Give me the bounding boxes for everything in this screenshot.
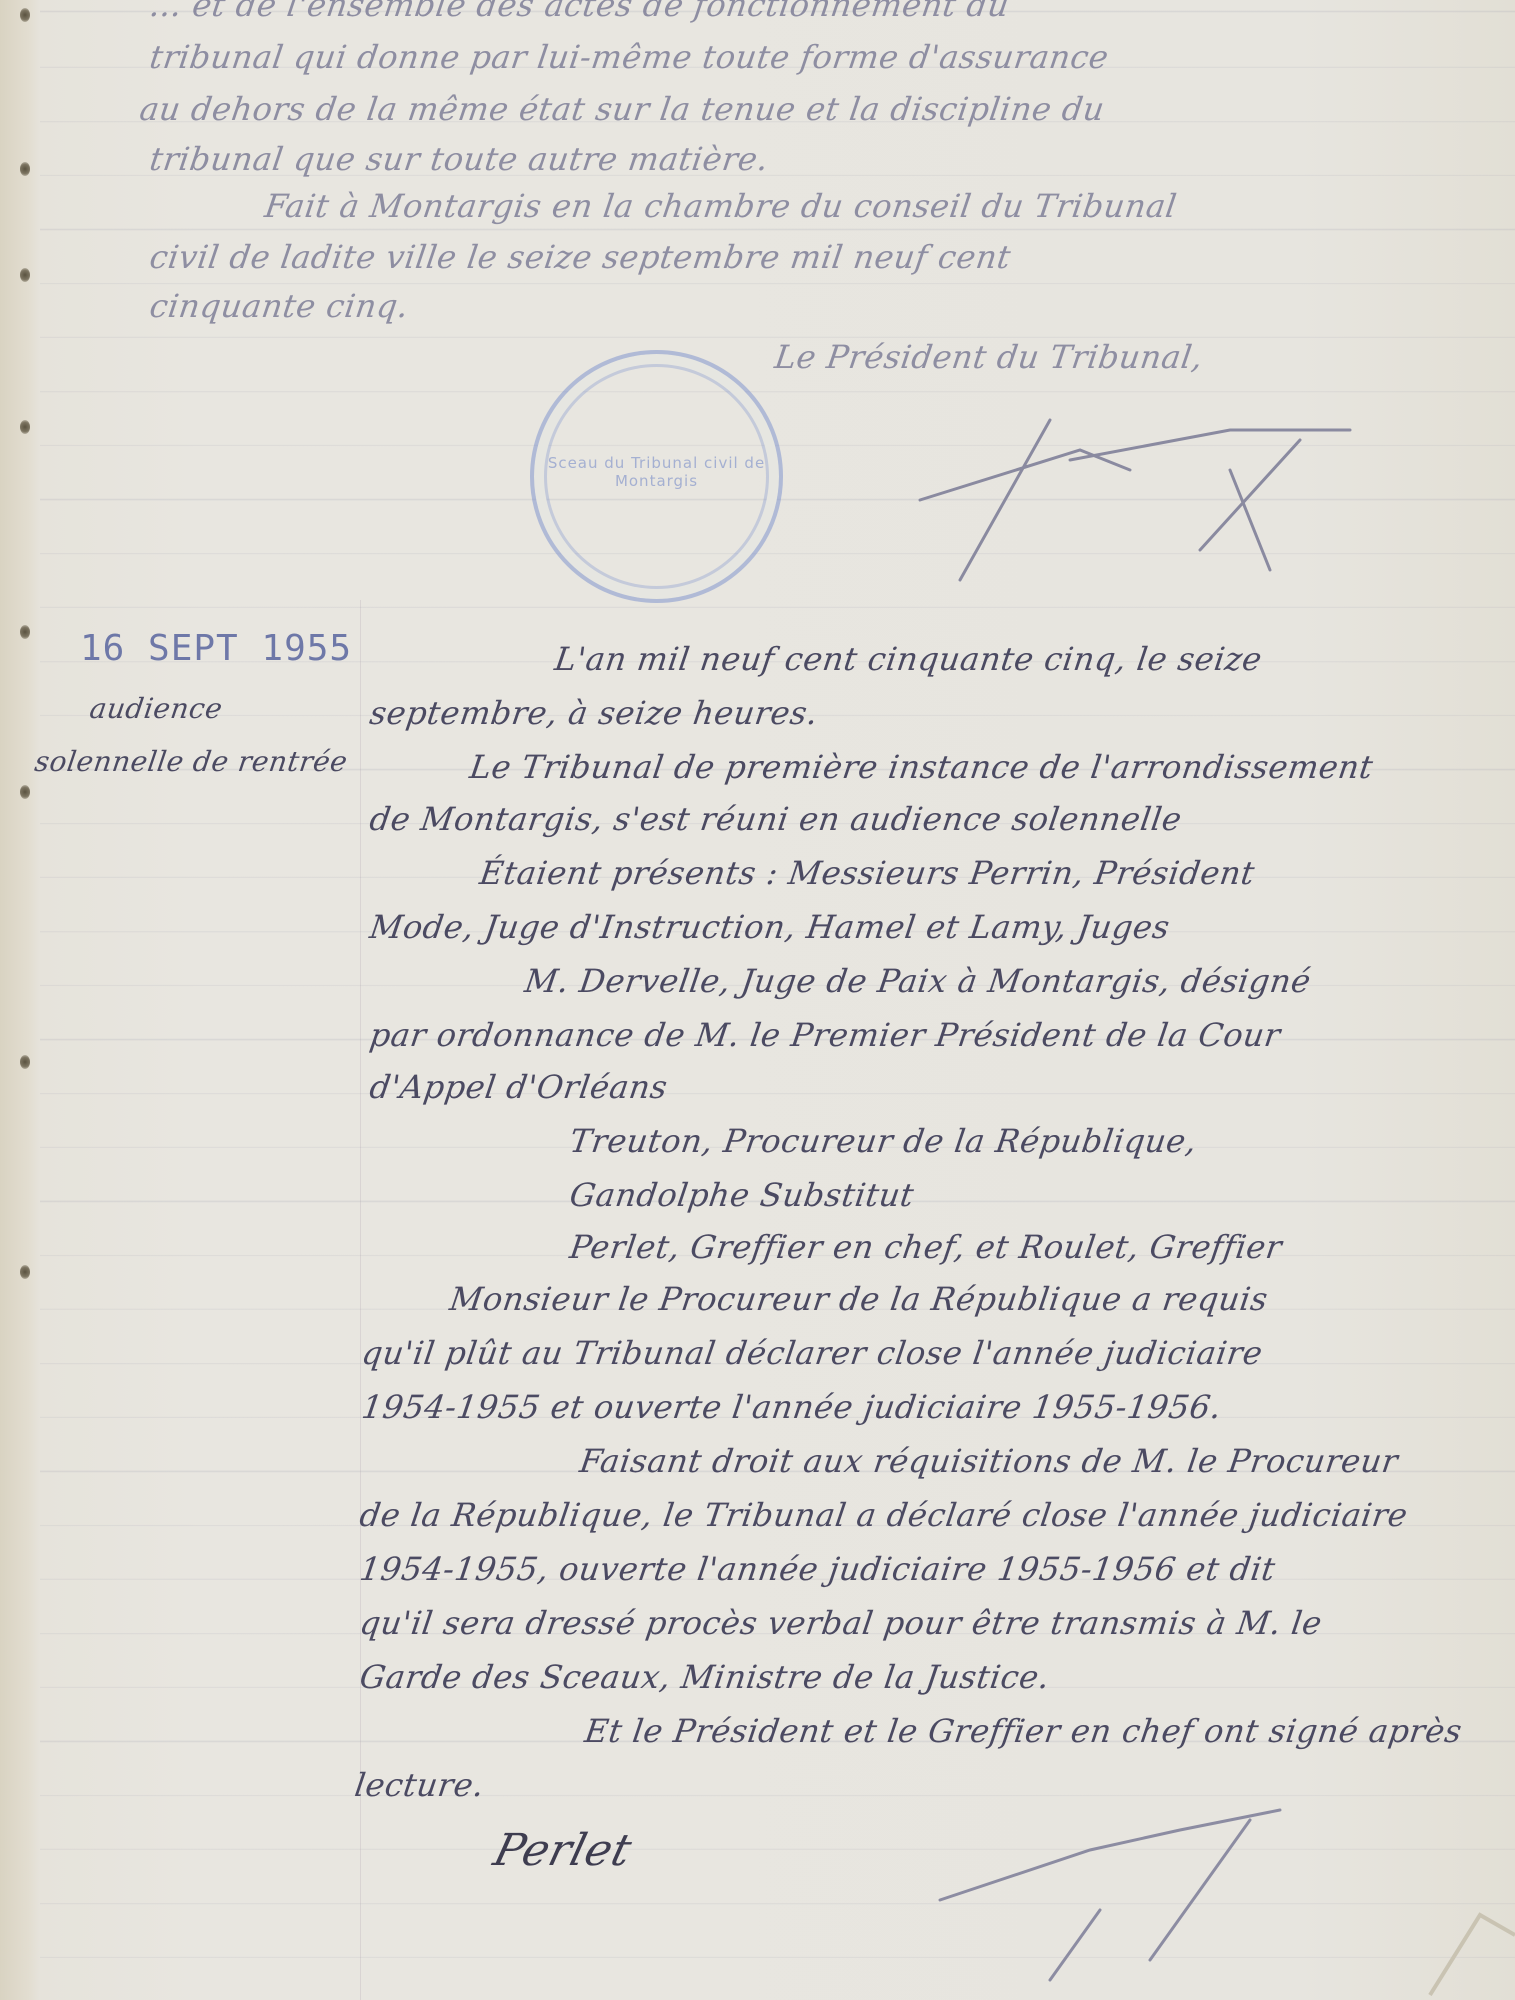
text-line: par ordonnance de M. le Premier Présiden… xyxy=(367,1016,1283,1054)
president-signature-bottom xyxy=(920,1790,1340,2000)
greffier-signature: Perlet xyxy=(489,1825,637,1876)
tribunal-seal: Sceau du Tribunal civil de Montargis xyxy=(530,350,783,603)
closing-line: Le Président du Tribunal, xyxy=(772,338,1205,376)
text-line: civil de ladite ville le seize septembre… xyxy=(147,238,1013,276)
text-line: tribunal qui donne par lui-même toute fo… xyxy=(147,38,1111,76)
scanned-register-page: ... et de l'ensemble des actes de foncti… xyxy=(0,0,1515,2000)
text-line: ... et de l'ensemble des actes de foncti… xyxy=(147,0,1011,24)
margin-note-line: audience xyxy=(88,692,225,725)
text-line: cinquante cinq. xyxy=(147,287,411,325)
binding-hole xyxy=(20,162,30,176)
binding-hole xyxy=(20,785,30,799)
binding-hole xyxy=(20,625,30,639)
text-line: qu'il sera dressé procès verbal pour êtr… xyxy=(357,1604,1324,1642)
text-line: Fait à Montargis en la chambre du consei… xyxy=(262,187,1179,225)
text-line: lecture. xyxy=(352,1766,486,1804)
text-line: L'an mil neuf cent cinquante cinq, le se… xyxy=(552,640,1264,678)
text-line: Faisant droit aux réquisitions de M. le … xyxy=(577,1442,1400,1480)
text-line: au dehors de la même état sur la tenue e… xyxy=(137,90,1107,128)
text-line: Étaient présents : Messieurs Perrin, Pré… xyxy=(477,854,1257,892)
page-fold-mark xyxy=(1420,1880,1515,2000)
text-line: qu'il plût au Tribunal déclarer close l'… xyxy=(359,1334,1265,1372)
binding-hole xyxy=(20,1265,30,1279)
binding-hole xyxy=(20,268,30,282)
text-line: tribunal que sur toute autre matière. xyxy=(147,140,771,178)
text-line: Treuton, Procureur de la République, xyxy=(567,1122,1199,1160)
text-line: Mode, Juge d'Instruction, Hamel et Lamy,… xyxy=(367,908,1172,946)
binding-hole xyxy=(20,1055,30,1069)
text-line: Et le Président et le Greffier en chef o… xyxy=(582,1712,1464,1750)
text-line: d'Appel d'Orléans xyxy=(367,1068,670,1106)
text-line: 1954-1955, ouverte l'année judiciaire 19… xyxy=(357,1550,1277,1588)
text-line: Le Tribunal de première instance de l'ar… xyxy=(467,748,1375,786)
date-stamp: 16 SEPT 1955 xyxy=(80,628,352,669)
seal-label: Sceau du Tribunal civil de Montargis xyxy=(534,454,779,490)
text-line: de Montargis, s'est réuni en audience so… xyxy=(367,800,1184,838)
text-line: Monsieur le Procureur de la République a… xyxy=(447,1280,1270,1318)
text-line: septembre, à seize heures. xyxy=(367,694,820,732)
binding-hole xyxy=(20,420,30,434)
margin-note-line: solennelle de rentrée xyxy=(33,745,350,778)
text-line: Perlet, Greffier en chef, et Roulet, Gre… xyxy=(567,1228,1284,1266)
text-line: de la République, le Tribunal a déclaré … xyxy=(357,1496,1410,1534)
text-line: 1954-1955 et ouverte l'année judiciaire … xyxy=(359,1388,1224,1426)
binding-hole xyxy=(20,8,30,22)
text-line: Gandolphe Substitut xyxy=(567,1176,916,1214)
president-signature xyxy=(900,400,1380,600)
text-line: Garde des Sceaux, Ministre de la Justice… xyxy=(357,1658,1052,1696)
text-line: M. Dervelle, Juge de Paix à Montargis, d… xyxy=(522,962,1313,1000)
